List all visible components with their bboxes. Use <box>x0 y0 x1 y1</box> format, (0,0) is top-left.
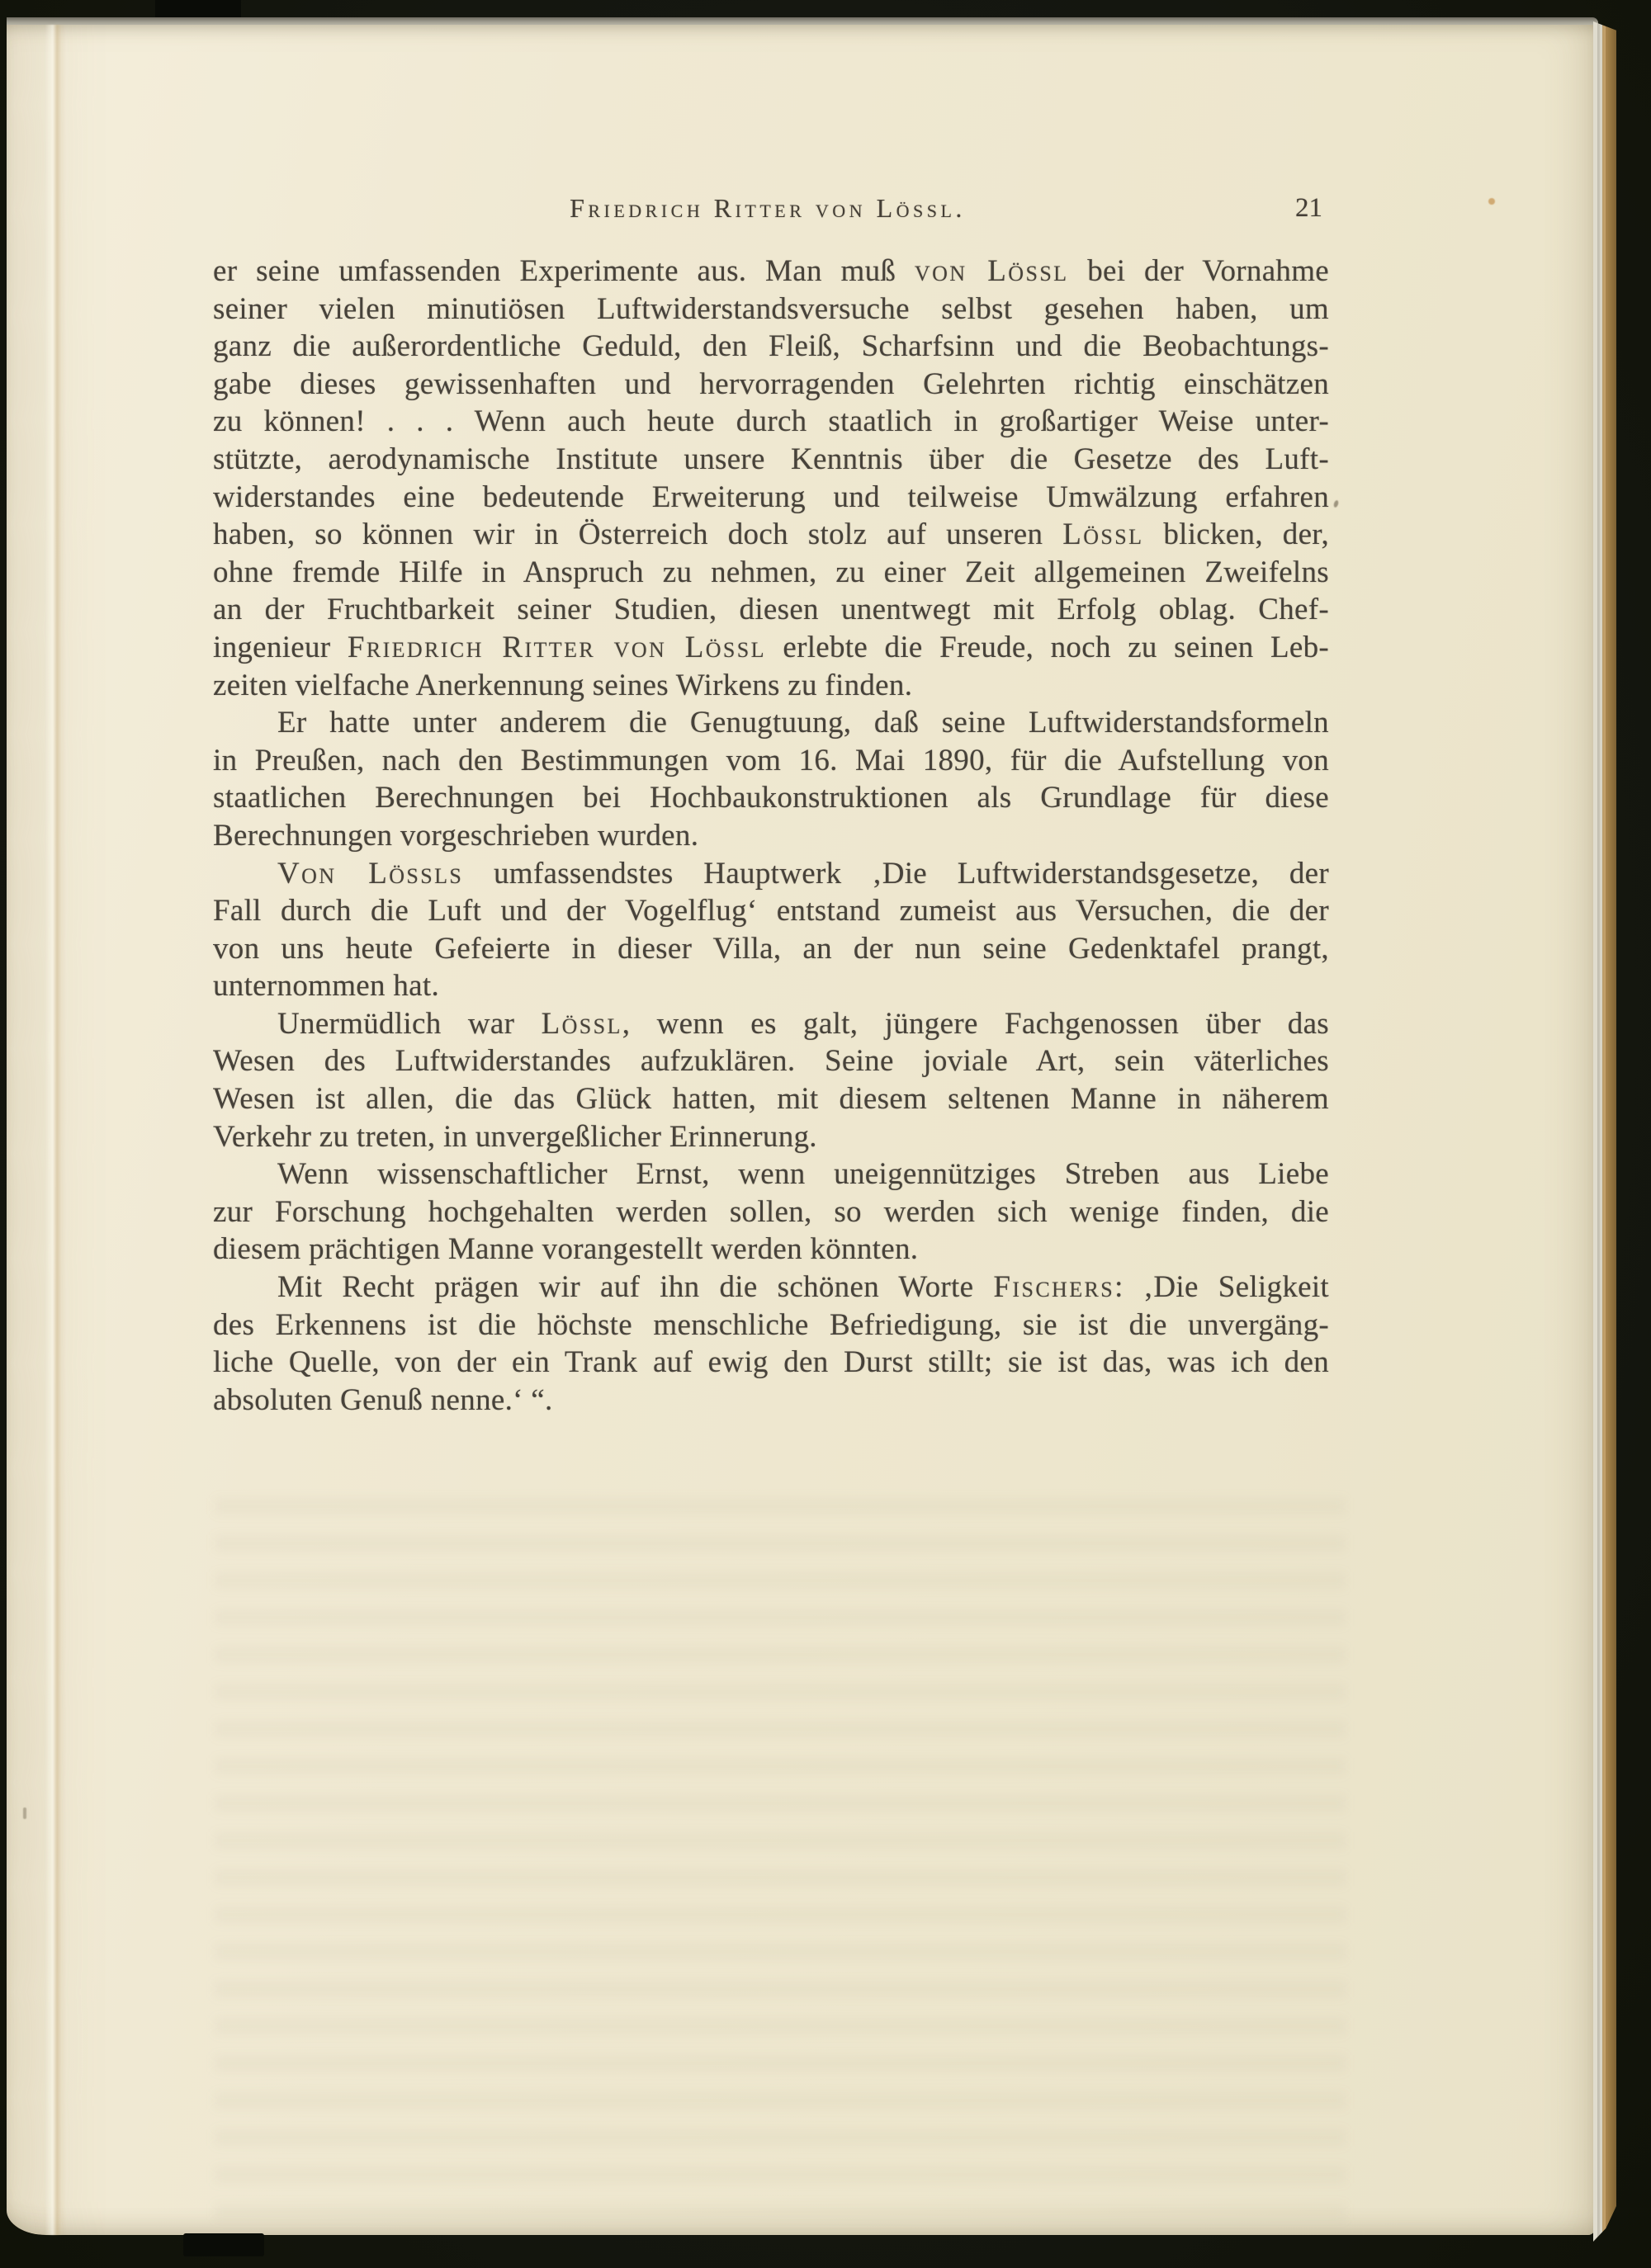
paragraph: Von Lössls umfassendstes Hauptwerk ‚Die … <box>213 855 1329 1005</box>
page-number: 21 <box>1295 188 1322 228</box>
text-line: unternommen hat. <box>213 967 1329 1005</box>
small-caps-name: Fischers <box>993 1270 1114 1304</box>
paragraph: Mit Recht prägen wir auf ihn die schönen… <box>213 1269 1329 1419</box>
text-line: Verkehr zu treten, in unvergeßlicher Eri… <box>213 1118 1329 1156</box>
text-line: Wesen des Luftwiderstandes aufzuklären. … <box>213 1042 1329 1080</box>
small-caps-name: Lössl <box>1062 517 1143 551</box>
paragraph: Wenn wissenschaftlicher Ernst, wenn unei… <box>213 1155 1329 1269</box>
text-line: in Preußen, nach den Bestimmungen vom 16… <box>213 742 1329 780</box>
text-line: zur Forschung hochgehalten werden sollen… <box>213 1193 1329 1231</box>
book-page: Friedrich Ritter von Lössl. 21 er seine … <box>7 25 1595 2235</box>
text-line: ganz die außerordentliche Geduld, den Fl… <box>213 328 1329 366</box>
text-line: Wesen ist allen, die das Glück hatten, m… <box>213 1080 1329 1118</box>
text-line: er seine umfassenden Experimente aus. Ma… <box>213 253 1329 291</box>
gutter-crease <box>45 25 66 2235</box>
running-head: Friedrich Ritter von Lössl. 21 <box>206 188 1329 228</box>
text-line: ingenieur Friedrich Ritter von Lössl erl… <box>213 629 1329 667</box>
paragraph: Unermüdlich war Lössl, wenn es galt, jün… <box>213 1005 1329 1155</box>
fore-edge-page-stack <box>1593 21 1616 2242</box>
text-line: Wenn wissenschaftlicher Ernst, wenn unei… <box>213 1155 1329 1193</box>
text-line: an der Fruchtbarkeit seiner Studien, die… <box>213 591 1329 629</box>
text-line: von uns heute Gefeierte in dieser Villa,… <box>213 930 1329 968</box>
small-caps-name: Lössl <box>542 1007 622 1041</box>
text-line: zu können! . . . Wenn auch heute durch s… <box>213 403 1329 441</box>
text-line: staatlichen Berechnungen bei Hochbaukons… <box>213 779 1329 817</box>
text-line: haben, so können wir in Österreich doch … <box>213 516 1329 554</box>
text-line: Berechnungen vorgeschrieben wurden. <box>213 817 1329 855</box>
text-line: Er hatte unter anderem die Genugtuung, d… <box>213 704 1329 742</box>
foxing-stain <box>1488 198 1495 205</box>
small-caps-name: Friedrich Ritter von Lössl <box>348 631 766 664</box>
text-line: ohne fremde Hilfe in Anspruch zu nehmen,… <box>213 554 1329 592</box>
text-line: zeiten vielfache Anerkennung seines Wirk… <box>213 667 1329 705</box>
text-line: diesem prächtigen Manne vorangestellt we… <box>213 1231 1329 1269</box>
page-header-title: Friedrich Ritter von Lössl. <box>206 188 1329 228</box>
paragraph: Er hatte unter anderem die Genugtuung, d… <box>213 704 1329 854</box>
binding-notch-bottom <box>183 2233 264 2256</box>
edge-speck <box>23 1807 26 1819</box>
text-line: des Erkennens ist die höchste menschlich… <box>213 1306 1329 1344</box>
small-caps-name: von Lössl <box>915 254 1069 288</box>
verso-show-through <box>215 1498 1346 2224</box>
text-line: absoluten Genuß nenne.‘ “. <box>213 1382 1329 1420</box>
text-line: gabe dieses gewissenhaften und hervorrag… <box>213 366 1329 404</box>
small-caps-name: Von Lössls <box>277 857 463 891</box>
text-line: widerstandes eine bedeutende Erweiterung… <box>213 479 1329 517</box>
text-line: Unermüdlich war Lössl, wenn es galt, jün… <box>213 1005 1329 1043</box>
text-line: liche Quelle, von der ein Trank auf ewig… <box>213 1344 1329 1382</box>
ink-speck <box>1333 499 1340 508</box>
paragraph: er seine umfassenden Experimente aus. Ma… <box>213 253 1329 704</box>
text-line: stützte, aerodynamische Institute unsere… <box>213 441 1329 479</box>
scanned-book-spread: Friedrich Ritter von Lössl. 21 er seine … <box>0 0 1651 2268</box>
text-line: seiner vielen minutiösen Luftwiderstands… <box>213 291 1329 328</box>
text-line: Fall durch die Luft und der Vogelflug‘ e… <box>213 892 1329 930</box>
text-body: er seine umfassenden Experimente aus. Ma… <box>213 253 1329 1419</box>
text-line: Mit Recht prägen wir auf ihn die schönen… <box>213 1269 1329 1306</box>
text-line: Von Lössls umfassendstes Hauptwerk ‚Die … <box>213 855 1329 893</box>
